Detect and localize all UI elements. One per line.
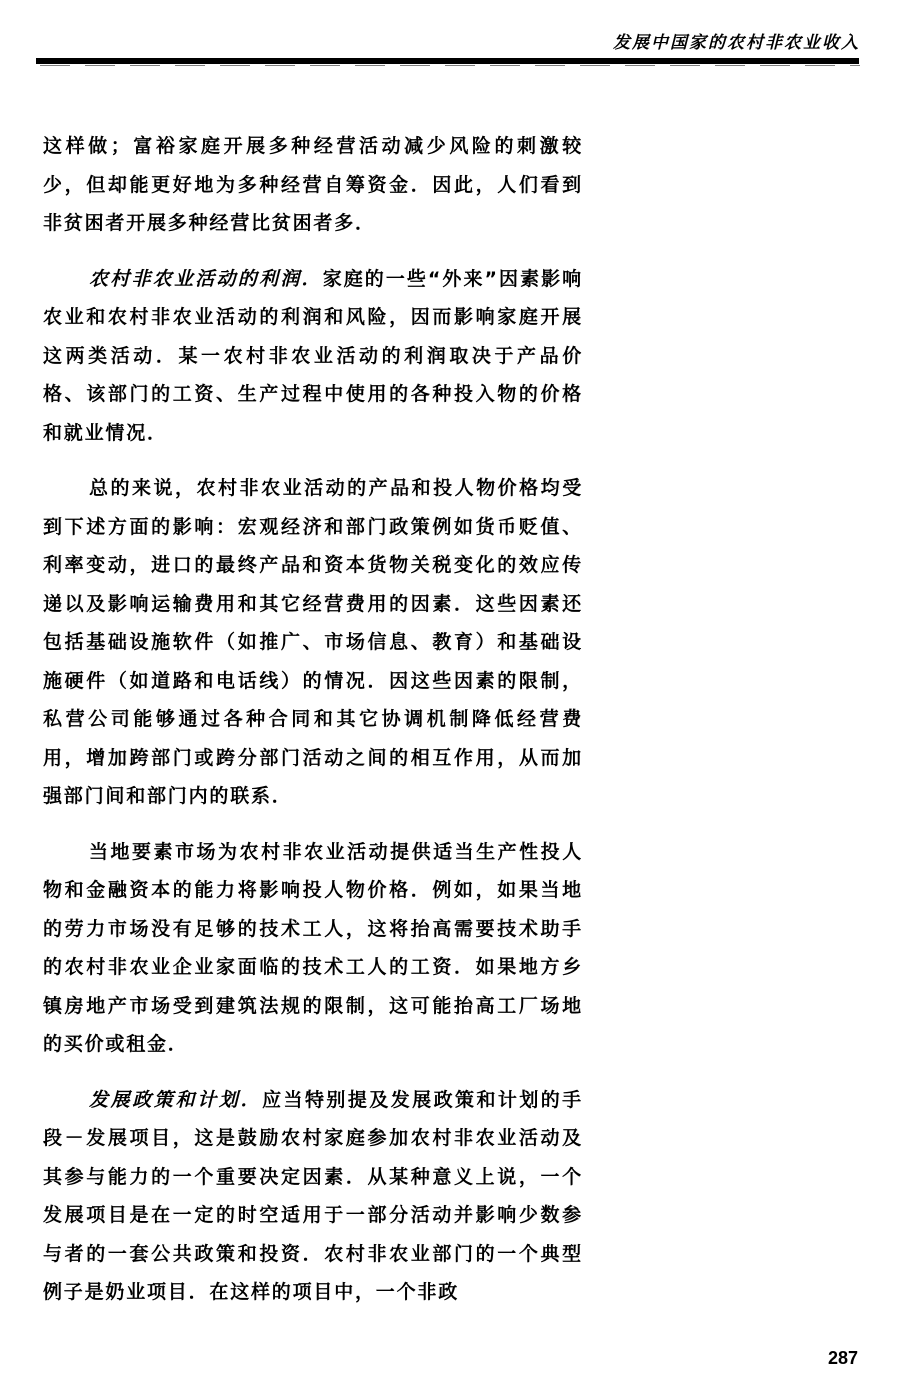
- paragraph-text: 这样做；富裕家庭开展多种经营活动减少风险的刺激较少，但却能更好地为多种经营自筹资…: [43, 135, 583, 234]
- page-number: 287: [828, 1348, 858, 1369]
- paragraph-factor-markets: 当地要素市场为农村非农业活动提供适当生产性投人物和金融资本的能力将影响投人物价格…: [43, 833, 583, 1064]
- paragraph-lead-heading: 农村非农业活动的利润．: [89, 268, 323, 290]
- paragraph-text: 当地要素市场为农村非农业活动提供适当生产性投人物和金融资本的能力将影响投人物价格…: [43, 841, 583, 1056]
- paragraph-lead-heading: 发展政策和计划．: [89, 1089, 262, 1111]
- header-rule: [36, 58, 859, 64]
- paragraph-price-factors: 总的来说，农村非农业活动的产品和投人物价格均受到下述方面的影响：宏观经济和部门政…: [43, 469, 583, 816]
- header-rule-shadow: [40, 65, 860, 66]
- paragraph-profits: 农村非农业活动的利润．家庭的一些“外来”因素影响农业和农村非农业活动的利润和风险…: [43, 260, 583, 453]
- paragraph-text: 家庭的一些“外来”因素影响农业和农村非农业活动的利润和风险，因而影响家庭开展这两…: [43, 268, 583, 444]
- paragraph-text: 应当特别提及发展政策和计划的手段－发展项目，这是鼓励农村家庭参加农村非农业活动及…: [43, 1089, 583, 1304]
- paragraph-text: 总的来说，农村非农业活动的产品和投人物价格均受到下述方面的影响：宏观经济和部门政…: [43, 477, 583, 807]
- running-header-title: 发展中国家的农村非农业收入: [600, 28, 860, 53]
- body-text: 这样做；富裕家庭开展多种经营活动减少风险的刺激较少，但却能更好地为多种经营自筹资…: [43, 127, 583, 1329]
- paragraph-continuation: 这样做；富裕家庭开展多种经营活动减少风险的刺激较少，但却能更好地为多种经营自筹资…: [43, 127, 583, 243]
- paragraph-development-policy: 发展政策和计划．应当特别提及发展政策和计划的手段－发展项目，这是鼓励农村家庭参加…: [43, 1081, 583, 1312]
